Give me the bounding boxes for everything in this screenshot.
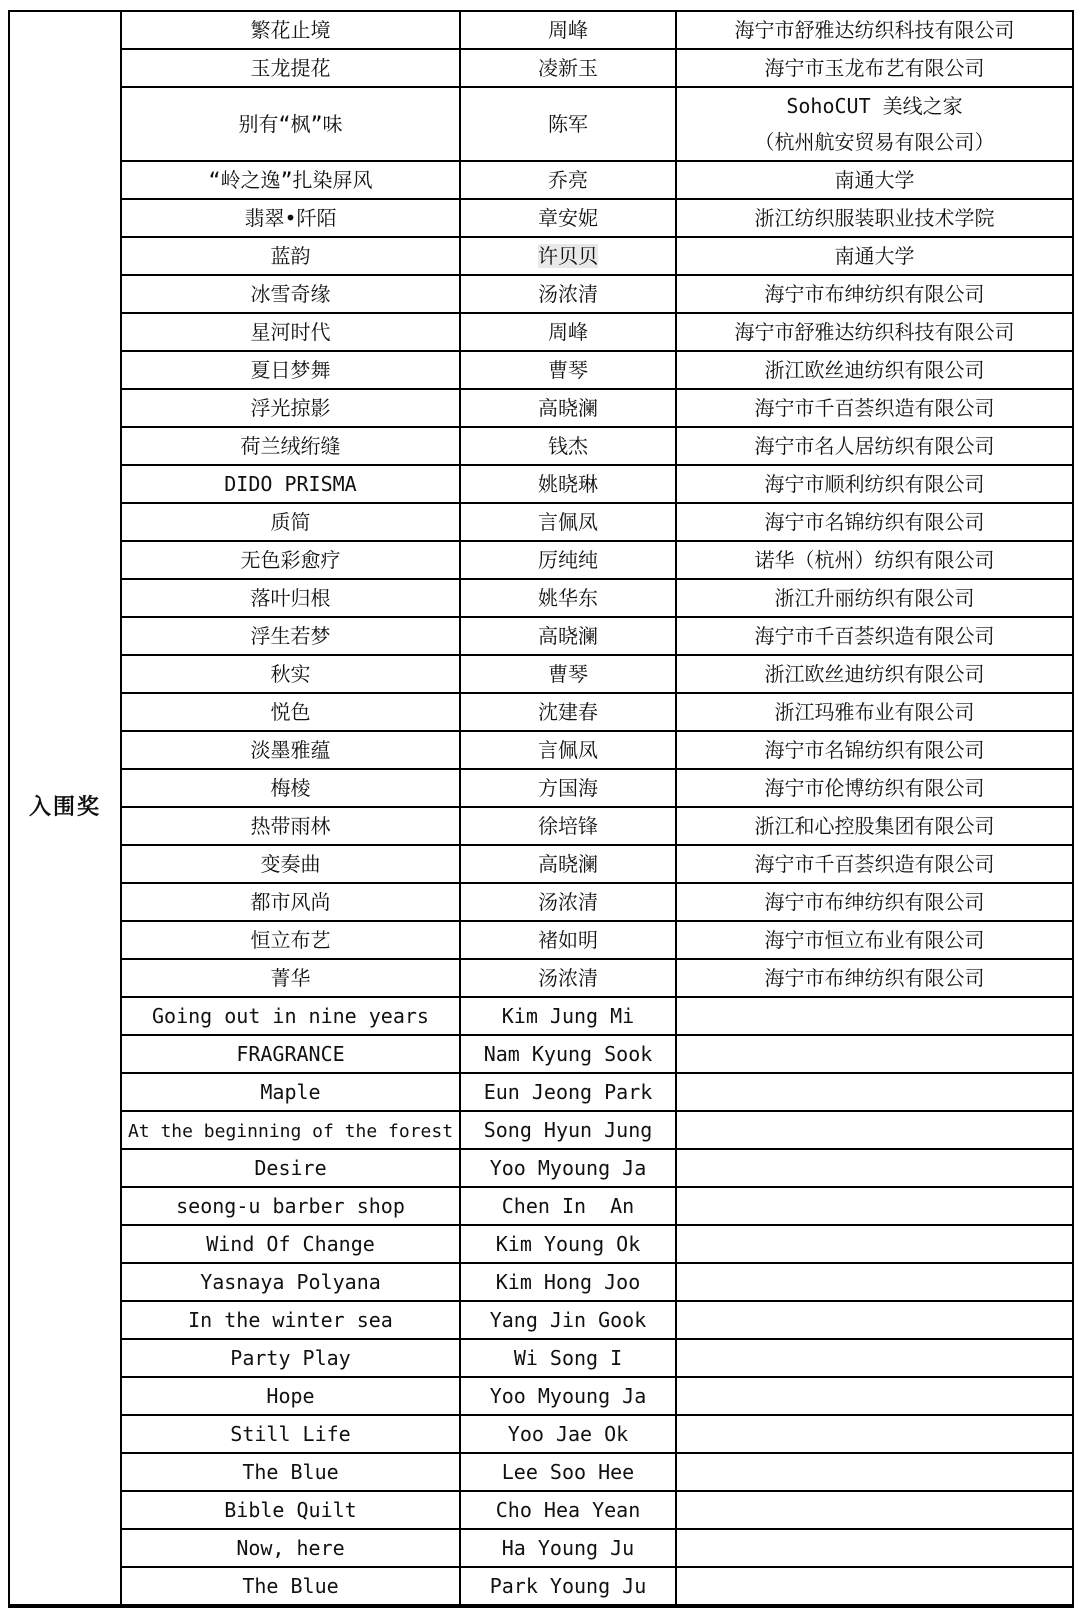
table-row: 恒立布艺褚如明海宁市恒立布业有限公司 bbox=[9, 921, 1073, 959]
company-cell bbox=[676, 1453, 1073, 1491]
title-text: 冰雪奇缘 bbox=[251, 282, 331, 306]
author-text: 章安妮 bbox=[538, 206, 598, 230]
company-cell: 浙江和心控股集团有限公司 bbox=[676, 807, 1073, 845]
company-text: 海宁市千百荟织造有限公司 bbox=[755, 396, 995, 420]
author-cell: 钱杰 bbox=[460, 427, 676, 465]
title-text: 繁花止境 bbox=[251, 18, 331, 42]
table-row: 质简言佩凤海宁市名锦纺织有限公司 bbox=[9, 503, 1073, 541]
title-text: Hope bbox=[266, 1384, 314, 1408]
author-text: 高晓澜 bbox=[538, 624, 598, 648]
company-cell: 海宁市恒立布业有限公司 bbox=[676, 921, 1073, 959]
table-row: 入围奖繁花止境周峰海宁市舒雅达纺织科技有限公司 bbox=[9, 11, 1073, 49]
title-cell: Wind Of Change bbox=[121, 1225, 460, 1263]
title-text: The Blue bbox=[242, 1574, 338, 1598]
company-text: 南通大学 bbox=[835, 244, 915, 268]
author-text: Yoo Myoung Ja bbox=[490, 1156, 647, 1180]
table-row: Now, hereHa Young Ju bbox=[9, 1529, 1073, 1567]
company-text: 浙江纺织服装职业技术学院 bbox=[755, 206, 995, 230]
company-cell: 海宁市舒雅达纺织科技有限公司 bbox=[676, 11, 1073, 49]
title-text: 都市风尚 bbox=[251, 890, 331, 914]
table-row: 蓝韵许贝贝南通大学 bbox=[9, 237, 1073, 275]
company-cell: 海宁市布绅纺织有限公司 bbox=[676, 883, 1073, 921]
company-text: 海宁市顺利纺织有限公司 bbox=[765, 472, 985, 496]
company-cell: 海宁市名锦纺织有限公司 bbox=[676, 731, 1073, 769]
title-cell: The Blue bbox=[121, 1453, 460, 1491]
table-row: MapleEun Jeong Park bbox=[9, 1073, 1073, 1111]
company-text: SohoCUT 美线之家 （杭州航安贸易有限公司） bbox=[755, 94, 995, 154]
title-cell: seong-u barber shop bbox=[121, 1187, 460, 1225]
title-cell: The Blue bbox=[121, 1567, 460, 1606]
company-cell: 海宁市千百荟织造有限公司 bbox=[676, 845, 1073, 883]
author-cell: 褚如明 bbox=[460, 921, 676, 959]
table-row: 别有“枫”味陈军SohoCUT 美线之家 （杭州航安贸易有限公司） bbox=[9, 87, 1073, 161]
author-cell: Kim Jung Mi bbox=[460, 997, 676, 1035]
title-text: Party Play bbox=[230, 1346, 350, 1370]
table-row: In the winter seaYang Jin Gook bbox=[9, 1301, 1073, 1339]
title-text: Now, here bbox=[236, 1536, 344, 1560]
title-cell: 恒立布艺 bbox=[121, 921, 460, 959]
title-text: At the beginning of the forest bbox=[128, 1121, 453, 1142]
author-cell: 姚华东 bbox=[460, 579, 676, 617]
company-cell bbox=[676, 1529, 1073, 1567]
title-text: 玉龙提花 bbox=[251, 56, 331, 80]
company-cell bbox=[676, 1415, 1073, 1453]
author-text: Ha Young Ju bbox=[502, 1536, 634, 1560]
award-category-cell: 入围奖 bbox=[9, 11, 121, 1606]
table-row: 菁华汤浓清海宁市布绅纺织有限公司 bbox=[9, 959, 1073, 997]
title-cell: 冰雪奇缘 bbox=[121, 275, 460, 313]
title-cell: 玉龙提花 bbox=[121, 49, 460, 87]
table-row: The BluePark Young Ju bbox=[9, 1567, 1073, 1606]
title-text: 翡翠•阡陌 bbox=[244, 206, 336, 230]
company-cell bbox=[676, 1225, 1073, 1263]
author-text: Kim Jung Mi bbox=[502, 1004, 634, 1028]
company-text: 海宁市布绅纺织有限公司 bbox=[765, 282, 985, 306]
title-text: FRAGRANCE bbox=[236, 1042, 344, 1066]
title-cell: 热带雨林 bbox=[121, 807, 460, 845]
title-cell: Party Play bbox=[121, 1339, 460, 1377]
author-text: Lee Soo Hee bbox=[502, 1460, 634, 1484]
company-cell bbox=[676, 1035, 1073, 1073]
document-page: 入围奖繁花止境周峰海宁市舒雅达纺织科技有限公司玉龙提花凌新玉海宁市玉龙布艺有限公… bbox=[0, 0, 1080, 1546]
company-text: 海宁市伦博纺织有限公司 bbox=[765, 776, 985, 800]
title-text: “岭之逸”扎染屏风 bbox=[208, 168, 372, 192]
author-cell: 厉纯纯 bbox=[460, 541, 676, 579]
title-text: seong-u barber shop bbox=[176, 1194, 405, 1218]
author-cell: 徐培锋 bbox=[460, 807, 676, 845]
company-cell: 诺华（杭州）纺织有限公司 bbox=[676, 541, 1073, 579]
table-row: 无色彩愈疗厉纯纯诺华（杭州）纺织有限公司 bbox=[9, 541, 1073, 579]
author-cell: 姚晓琳 bbox=[460, 465, 676, 503]
title-cell: 落叶归根 bbox=[121, 579, 460, 617]
company-text: 海宁市千百荟织造有限公司 bbox=[755, 624, 995, 648]
title-text: Going out in nine years bbox=[152, 1004, 429, 1028]
company-cell bbox=[676, 1073, 1073, 1111]
company-text: 浙江和心控股集团有限公司 bbox=[755, 814, 995, 838]
table-row: Yasnaya PolyanaKim Hong Joo bbox=[9, 1263, 1073, 1301]
author-cell: 沈建春 bbox=[460, 693, 676, 731]
company-cell: 海宁市千百荟织造有限公司 bbox=[676, 389, 1073, 427]
table-row: 都市风尚汤浓清海宁市布绅纺织有限公司 bbox=[9, 883, 1073, 921]
title-cell: Yasnaya Polyana bbox=[121, 1263, 460, 1301]
title-cell: 质简 bbox=[121, 503, 460, 541]
author-cell: Song Hyun Jung bbox=[460, 1111, 676, 1149]
company-text: 南通大学 bbox=[835, 168, 915, 192]
company-text: 海宁市布绅纺织有限公司 bbox=[765, 890, 985, 914]
company-cell: 南通大学 bbox=[676, 161, 1073, 199]
title-cell: 变奏曲 bbox=[121, 845, 460, 883]
title-text: 梅棱 bbox=[271, 776, 311, 800]
author-cell: 章安妮 bbox=[460, 199, 676, 237]
title-cell: Bible Quilt bbox=[121, 1491, 460, 1529]
author-text: 沈建春 bbox=[538, 700, 598, 724]
title-cell: 无色彩愈疗 bbox=[121, 541, 460, 579]
table-row: 荷兰绒绗缝钱杰海宁市名人居纺织有限公司 bbox=[9, 427, 1073, 465]
author-text: 曹琴 bbox=[548, 358, 588, 382]
author-text: 姚晓琳 bbox=[538, 472, 598, 496]
author-text: 周峰 bbox=[548, 320, 588, 344]
author-text: Kim Young Ok bbox=[496, 1232, 641, 1256]
table-row: 翡翠•阡陌章安妮浙江纺织服装职业技术学院 bbox=[9, 199, 1073, 237]
author-text: Yoo Myoung Ja bbox=[490, 1384, 647, 1408]
author-text: 钱杰 bbox=[548, 434, 588, 458]
company-text: 海宁市名锦纺织有限公司 bbox=[765, 510, 985, 534]
author-cell: 曹琴 bbox=[460, 351, 676, 389]
author-text: 汤浓清 bbox=[538, 966, 598, 990]
company-cell bbox=[676, 1491, 1073, 1529]
author-cell: 言佩凤 bbox=[460, 503, 676, 541]
title-text: 蓝韵 bbox=[271, 244, 311, 268]
company-text: 海宁市恒立布业有限公司 bbox=[765, 928, 985, 952]
author-text: 凌新玉 bbox=[538, 56, 598, 80]
title-cell: Going out in nine years bbox=[121, 997, 460, 1035]
title-cell: “岭之逸”扎染屏风 bbox=[121, 161, 460, 199]
author-cell: 许贝贝 bbox=[460, 237, 676, 275]
author-text: Park Young Ju bbox=[490, 1574, 647, 1598]
company-cell: 浙江欧丝迪纺织有限公司 bbox=[676, 655, 1073, 693]
table-row: 变奏曲高晓澜海宁市千百荟织造有限公司 bbox=[9, 845, 1073, 883]
title-text: Desire bbox=[254, 1156, 326, 1180]
author-cell: Chen In An bbox=[460, 1187, 676, 1225]
title-text: 浮光掠影 bbox=[251, 396, 331, 420]
company-cell bbox=[676, 1567, 1073, 1606]
author-text: Eun Jeong Park bbox=[484, 1080, 653, 1104]
title-cell: FRAGRANCE bbox=[121, 1035, 460, 1073]
title-text: 秋实 bbox=[271, 662, 311, 686]
company-cell: 海宁市舒雅达纺织科技有限公司 bbox=[676, 313, 1073, 351]
author-cell: Wi Song I bbox=[460, 1339, 676, 1377]
author-cell: 汤浓清 bbox=[460, 883, 676, 921]
author-text: 言佩凤 bbox=[538, 738, 598, 762]
title-text: Still Life bbox=[230, 1422, 350, 1446]
company-cell bbox=[676, 1339, 1073, 1377]
title-cell: 蓝韵 bbox=[121, 237, 460, 275]
table-row: 浮生若梦高晓澜海宁市千百荟织造有限公司 bbox=[9, 617, 1073, 655]
author-cell: Yang Jin Gook bbox=[460, 1301, 676, 1339]
table-row: 秋实曹琴浙江欧丝迪纺织有限公司 bbox=[9, 655, 1073, 693]
author-text: 徐培锋 bbox=[538, 814, 598, 838]
title-cell: 星河时代 bbox=[121, 313, 460, 351]
company-cell bbox=[676, 1377, 1073, 1415]
company-cell: 海宁市伦博纺织有限公司 bbox=[676, 769, 1073, 807]
title-cell: In the winter sea bbox=[121, 1301, 460, 1339]
title-cell: Desire bbox=[121, 1149, 460, 1187]
author-text: 高晓澜 bbox=[538, 852, 598, 876]
company-cell: 浙江玛雅布业有限公司 bbox=[676, 693, 1073, 731]
table-row: “岭之逸”扎染屏风乔亮南通大学 bbox=[9, 161, 1073, 199]
title-text: Bible Quilt bbox=[224, 1498, 356, 1522]
title-text: In the winter sea bbox=[188, 1308, 393, 1332]
author-text: Yang Jin Gook bbox=[490, 1308, 647, 1332]
author-cell: 周峰 bbox=[460, 313, 676, 351]
author-cell: Yoo Myoung Ja bbox=[460, 1377, 676, 1415]
table-row: 淡墨雅蕴言佩凤海宁市名锦纺织有限公司 bbox=[9, 731, 1073, 769]
author-text: 汤浓清 bbox=[538, 282, 598, 306]
company-text: 诺华（杭州）纺织有限公司 bbox=[755, 548, 995, 572]
author-cell: Kim Hong Joo bbox=[460, 1263, 676, 1301]
title-text: 落叶归根 bbox=[251, 586, 331, 610]
author-text: 言佩凤 bbox=[538, 510, 598, 534]
table-row: DIDO PRISMA姚晓琳海宁市顺利纺织有限公司 bbox=[9, 465, 1073, 503]
author-cell: 乔亮 bbox=[460, 161, 676, 199]
author-text: Nam Kyung Sook bbox=[484, 1042, 653, 1066]
author-cell: Cho Hea Yean bbox=[460, 1491, 676, 1529]
title-text: 淡墨雅蕴 bbox=[251, 738, 331, 762]
title-text: Yasnaya Polyana bbox=[200, 1270, 381, 1294]
author-cell: Yoo Jae Ok bbox=[460, 1415, 676, 1453]
company-text: 海宁市名锦纺织有限公司 bbox=[765, 738, 985, 762]
title-cell: 菁华 bbox=[121, 959, 460, 997]
company-cell: 海宁市顺利纺织有限公司 bbox=[676, 465, 1073, 503]
table-row: 梅棱方国海海宁市伦博纺织有限公司 bbox=[9, 769, 1073, 807]
awards-table-body: 入围奖繁花止境周峰海宁市舒雅达纺织科技有限公司玉龙提花凌新玉海宁市玉龙布艺有限公… bbox=[9, 11, 1073, 1606]
company-cell: 海宁市名人居纺织有限公司 bbox=[676, 427, 1073, 465]
company-cell bbox=[676, 1111, 1073, 1149]
company-cell bbox=[676, 1149, 1073, 1187]
company-cell bbox=[676, 1301, 1073, 1339]
author-text: Chen In An bbox=[502, 1194, 634, 1218]
author-text: 高晓澜 bbox=[538, 396, 598, 420]
title-text: 恒立布艺 bbox=[251, 928, 331, 952]
author-cell: 陈军 bbox=[460, 87, 676, 161]
author-text: 乔亮 bbox=[548, 168, 588, 192]
author-text: 厉纯纯 bbox=[538, 548, 598, 572]
title-cell: Hope bbox=[121, 1377, 460, 1415]
title-text: 变奏曲 bbox=[261, 852, 321, 876]
company-cell: 浙江升丽纺织有限公司 bbox=[676, 579, 1073, 617]
table-row: Bible QuiltCho Hea Yean bbox=[9, 1491, 1073, 1529]
table-row: 热带雨林徐培锋浙江和心控股集团有限公司 bbox=[9, 807, 1073, 845]
title-text: DIDO PRISMA bbox=[224, 472, 356, 496]
author-text: 曹琴 bbox=[548, 662, 588, 686]
author-cell: 高晓澜 bbox=[460, 845, 676, 883]
author-cell: Ha Young Ju bbox=[460, 1529, 676, 1567]
table-row: 浮光掠影高晓澜海宁市千百荟织造有限公司 bbox=[9, 389, 1073, 427]
title-text: 荷兰绒绗缝 bbox=[241, 434, 341, 458]
company-cell: 南通大学 bbox=[676, 237, 1073, 275]
title-cell: Now, here bbox=[121, 1529, 460, 1567]
table-row: Party PlayWi Song I bbox=[9, 1339, 1073, 1377]
company-cell: 海宁市名锦纺织有限公司 bbox=[676, 503, 1073, 541]
table-row: 冰雪奇缘汤浓清海宁市布绅纺织有限公司 bbox=[9, 275, 1073, 313]
title-cell: 浮光掠影 bbox=[121, 389, 460, 427]
title-text: 悦色 bbox=[271, 700, 311, 724]
company-cell: 浙江欧丝迪纺织有限公司 bbox=[676, 351, 1073, 389]
author-cell: Eun Jeong Park bbox=[460, 1073, 676, 1111]
table-row: At the beginning of the forestSong Hyun … bbox=[9, 1111, 1073, 1149]
title-cell: Maple bbox=[121, 1073, 460, 1111]
title-cell: 荷兰绒绗缝 bbox=[121, 427, 460, 465]
table-row: Going out in nine yearsKim Jung Mi bbox=[9, 997, 1073, 1035]
title-cell: 翡翠•阡陌 bbox=[121, 199, 460, 237]
title-text: 无色彩愈疗 bbox=[241, 548, 341, 572]
title-cell: 悦色 bbox=[121, 693, 460, 731]
table-row: DesireYoo Myoung Ja bbox=[9, 1149, 1073, 1187]
author-cell: 曹琴 bbox=[460, 655, 676, 693]
table-row: Still LifeYoo Jae Ok bbox=[9, 1415, 1073, 1453]
author-cell: 言佩凤 bbox=[460, 731, 676, 769]
author-cell: Kim Young Ok bbox=[460, 1225, 676, 1263]
table-row: HopeYoo Myoung Ja bbox=[9, 1377, 1073, 1415]
title-text: 星河时代 bbox=[251, 320, 331, 344]
company-cell: 海宁市布绅纺织有限公司 bbox=[676, 275, 1073, 313]
title-text: 质简 bbox=[271, 510, 311, 534]
title-text: 热带雨林 bbox=[251, 814, 331, 838]
company-cell bbox=[676, 1187, 1073, 1225]
author-text: 陈军 bbox=[548, 112, 588, 136]
author-text: Cho Hea Yean bbox=[496, 1498, 641, 1522]
author-text: 周峰 bbox=[548, 18, 588, 42]
company-text: 海宁市舒雅达纺织科技有限公司 bbox=[735, 320, 1015, 344]
title-cell: At the beginning of the forest bbox=[121, 1111, 460, 1149]
author-cell: Lee Soo Hee bbox=[460, 1453, 676, 1491]
author-text: 汤浓清 bbox=[538, 890, 598, 914]
author-cell: 方国海 bbox=[460, 769, 676, 807]
company-text: 浙江升丽纺织有限公司 bbox=[775, 586, 975, 610]
company-cell: SohoCUT 美线之家 （杭州航安贸易有限公司） bbox=[676, 87, 1073, 161]
title-text: Maple bbox=[260, 1080, 320, 1104]
company-cell: 海宁市布绅纺织有限公司 bbox=[676, 959, 1073, 997]
company-text: 浙江玛雅布业有限公司 bbox=[775, 700, 975, 724]
author-cell: Nam Kyung Sook bbox=[460, 1035, 676, 1073]
title-cell: 繁花止境 bbox=[121, 11, 460, 49]
company-cell: 浙江纺织服装职业技术学院 bbox=[676, 199, 1073, 237]
table-row: FRAGRANCENam Kyung Sook bbox=[9, 1035, 1073, 1073]
company-cell: 海宁市千百荟织造有限公司 bbox=[676, 617, 1073, 655]
table-row: 落叶归根姚华东浙江升丽纺织有限公司 bbox=[9, 579, 1073, 617]
title-text: 菁华 bbox=[271, 966, 311, 990]
title-text: 别有“枫”味 bbox=[238, 112, 342, 136]
title-cell: Still Life bbox=[121, 1415, 460, 1453]
company-text: 海宁市千百荟织造有限公司 bbox=[755, 852, 995, 876]
table-row: seong-u barber shopChen In An bbox=[9, 1187, 1073, 1225]
title-cell: 秋实 bbox=[121, 655, 460, 693]
title-text: The Blue bbox=[242, 1460, 338, 1484]
table-row: Wind Of ChangeKim Young Ok bbox=[9, 1225, 1073, 1263]
table-row: 星河时代周峰海宁市舒雅达纺织科技有限公司 bbox=[9, 313, 1073, 351]
author-cell: Yoo Myoung Ja bbox=[460, 1149, 676, 1187]
author-cell: Park Young Ju bbox=[460, 1567, 676, 1606]
author-text: Kim Hong Joo bbox=[496, 1270, 641, 1294]
author-text: 姚华东 bbox=[538, 586, 598, 610]
author-text: Wi Song I bbox=[514, 1346, 622, 1370]
table-row: 悦色沈建春浙江玛雅布业有限公司 bbox=[9, 693, 1073, 731]
company-cell: 海宁市玉龙布艺有限公司 bbox=[676, 49, 1073, 87]
table-row: 夏日梦舞曹琴浙江欧丝迪纺织有限公司 bbox=[9, 351, 1073, 389]
company-text: 海宁市布绅纺织有限公司 bbox=[765, 966, 985, 990]
title-cell: 淡墨雅蕴 bbox=[121, 731, 460, 769]
company-cell bbox=[676, 997, 1073, 1035]
company-cell bbox=[676, 1263, 1073, 1301]
author-cell: 汤浓清 bbox=[460, 275, 676, 313]
company-text: 浙江欧丝迪纺织有限公司 bbox=[765, 662, 985, 686]
title-text: 浮生若梦 bbox=[251, 624, 331, 648]
author-cell: 高晓澜 bbox=[460, 389, 676, 427]
award-category-label: 入围奖 bbox=[29, 795, 101, 820]
title-text: Wind Of Change bbox=[206, 1232, 375, 1256]
title-cell: 夏日梦舞 bbox=[121, 351, 460, 389]
title-text: 夏日梦舞 bbox=[251, 358, 331, 382]
title-cell: 浮生若梦 bbox=[121, 617, 460, 655]
company-text: 浙江欧丝迪纺织有限公司 bbox=[765, 358, 985, 382]
table-row: The BlueLee Soo Hee bbox=[9, 1453, 1073, 1491]
company-text: 海宁市舒雅达纺织科技有限公司 bbox=[735, 18, 1015, 42]
title-cell: 别有“枫”味 bbox=[121, 87, 460, 161]
author-text: 许贝贝 bbox=[538, 244, 598, 268]
author-cell: 汤浓清 bbox=[460, 959, 676, 997]
awards-table: 入围奖繁花止境周峰海宁市舒雅达纺织科技有限公司玉龙提花凌新玉海宁市玉龙布艺有限公… bbox=[8, 10, 1074, 1608]
author-cell: 凌新玉 bbox=[460, 49, 676, 87]
author-text: Song Hyun Jung bbox=[484, 1118, 653, 1142]
author-cell: 周峰 bbox=[460, 11, 676, 49]
title-cell: DIDO PRISMA bbox=[121, 465, 460, 503]
company-text: 海宁市玉龙布艺有限公司 bbox=[765, 56, 985, 80]
table-row: 玉龙提花凌新玉海宁市玉龙布艺有限公司 bbox=[9, 49, 1073, 87]
company-text: 海宁市名人居纺织有限公司 bbox=[755, 434, 995, 458]
author-text: Yoo Jae Ok bbox=[508, 1422, 628, 1446]
author-text: 褚如明 bbox=[538, 928, 598, 952]
author-text: 方国海 bbox=[538, 776, 598, 800]
author-cell: 高晓澜 bbox=[460, 617, 676, 655]
title-cell: 梅棱 bbox=[121, 769, 460, 807]
title-cell: 都市风尚 bbox=[121, 883, 460, 921]
